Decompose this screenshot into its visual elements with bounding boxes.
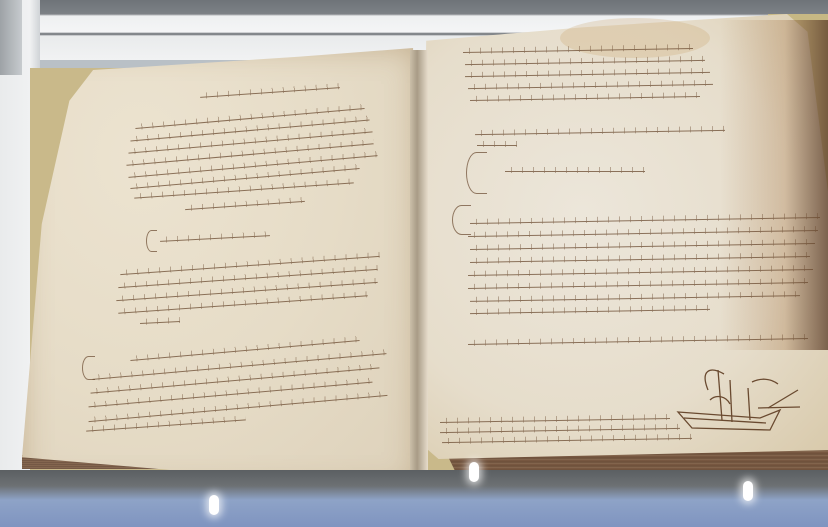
ceiling-light-reflection [743,481,753,501]
book-spine [410,50,428,470]
ceiling-light-reflection [469,462,479,482]
photo-scene [0,0,828,527]
display-case-post [0,0,22,75]
page-stain-top [560,18,710,58]
page-stain [720,20,828,350]
display-case-glass-reflection [0,470,828,527]
ship-sketch-icon [670,360,810,440]
ceiling-light-reflection [209,495,219,515]
